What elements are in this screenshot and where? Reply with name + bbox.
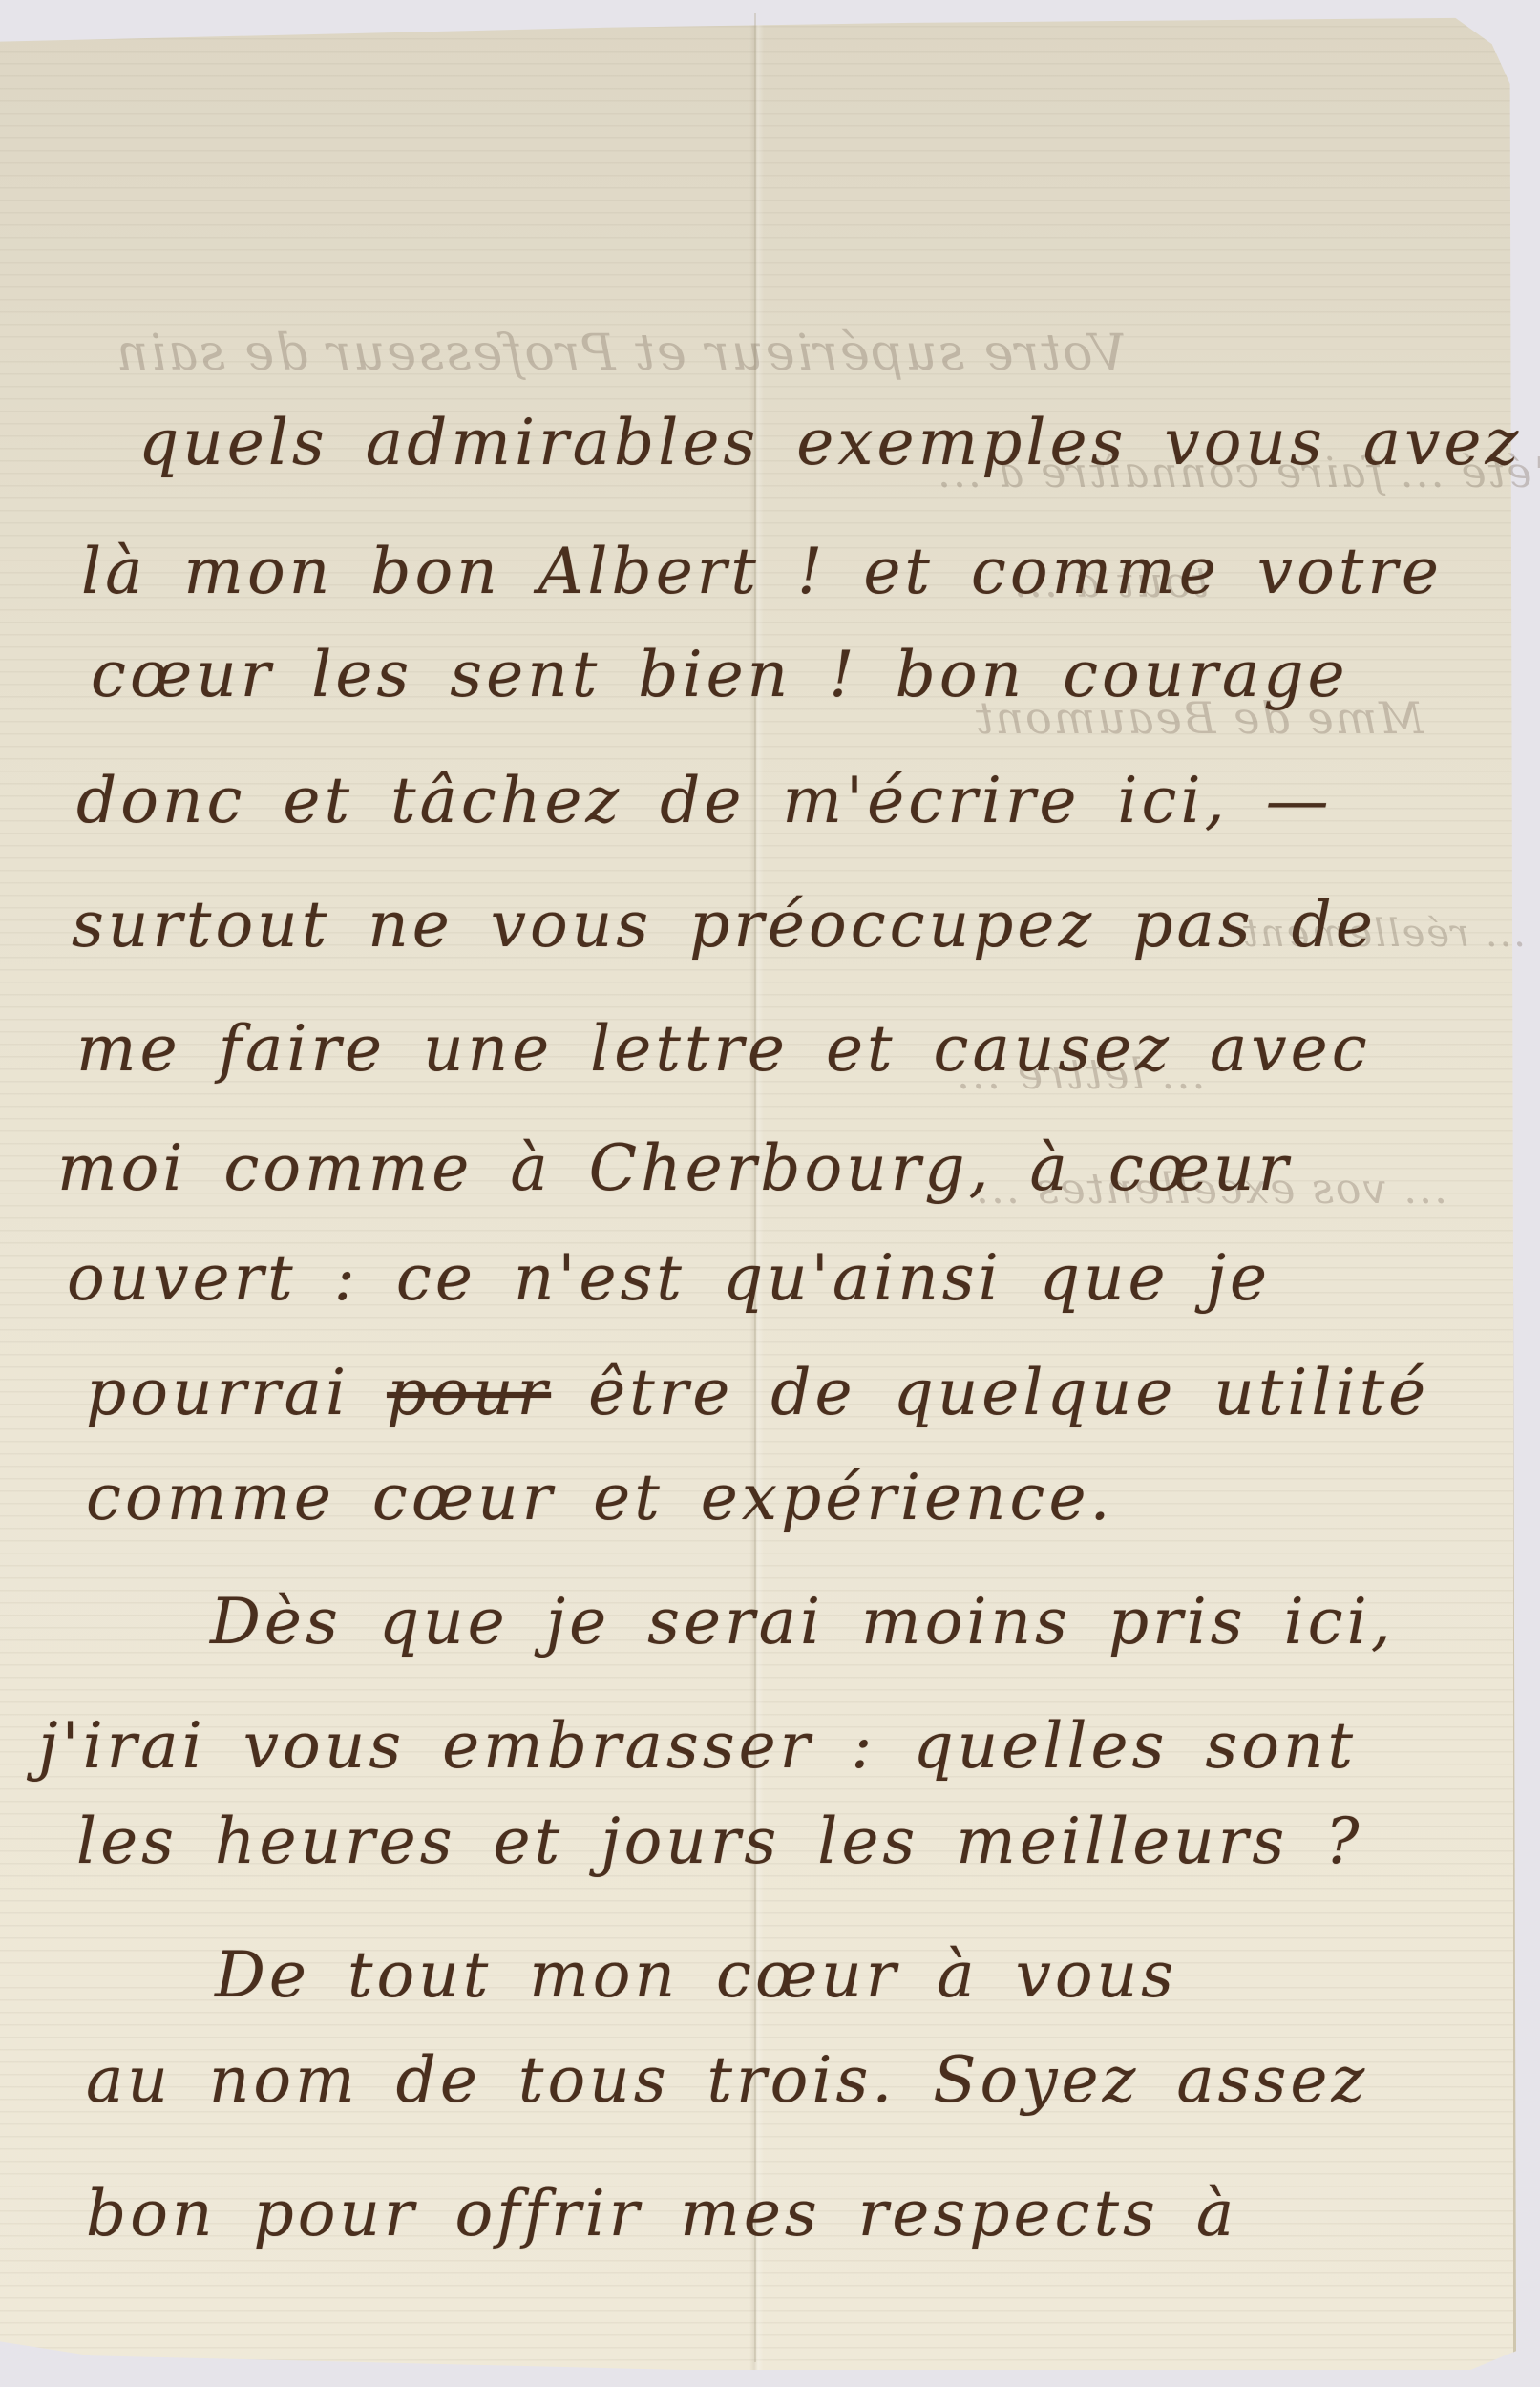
letter-line: pourrai pour être de quelque utilité: [86, 1356, 1429, 1429]
bleed-through-text: Votre supérieur et Professeur de sain: [115, 325, 1126, 382]
letter-line: surtout ne vous préoccupez pas de: [72, 888, 1377, 961]
letter-line: cœur les sent bien ! bon courage: [91, 638, 1349, 711]
letter-line: comme cœur et expérience.: [86, 1461, 1114, 1534]
letter-line: Dès que je serai moins pris ici,: [210, 1585, 1395, 1658]
letter-line: au nom de tous trois. Soyez assez: [86, 2043, 1368, 2117]
letter-line: là mon bon Albert ! et comme votre: [81, 535, 1443, 608]
letter-word: pourrai: [86, 1356, 349, 1429]
struck-out-word: pour: [387, 1356, 551, 1429]
letter-line: bon pour offrir mes respects à: [86, 2177, 1237, 2250]
letter-line: les heures et jours les meilleurs ?: [76, 1805, 1363, 1878]
letter-line: De tout mon cœur à vous: [215, 1938, 1177, 2012]
letter-line: j'irai vous embrasser : quelles sont: [38, 1709, 1357, 1783]
letter-line: ouvert : ce n'est qu'ainsi que je: [67, 1241, 1271, 1315]
letter-line: moi comme à Cherbourg, à cœur: [57, 1131, 1292, 1205]
letter-line: quels admirables exemples vous avez: [138, 406, 1522, 479]
letter-line: me faire une lettre et causez avec: [76, 1012, 1371, 1086]
letter-line: donc et tâchez de m'écrire ici, —: [76, 764, 1333, 837]
letter-word: être de quelque utilité: [588, 1356, 1429, 1429]
